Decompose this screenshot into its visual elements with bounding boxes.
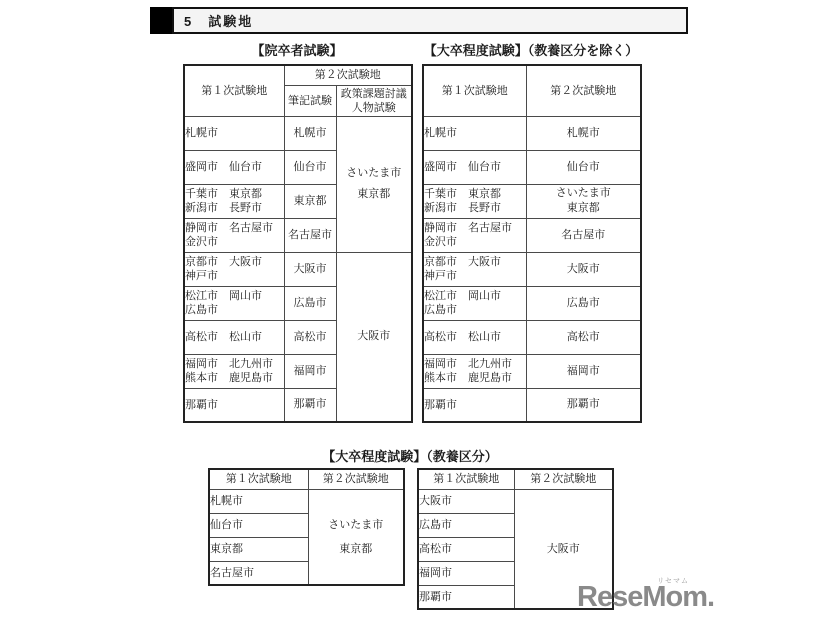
col-header-first-site: 第１次試験地 [209, 469, 308, 489]
first-site-cell: 高松市 [418, 537, 514, 561]
written-site-cell: 名古屋市 [284, 218, 336, 252]
table-row: 京都市 大阪市 神戸市 大阪市 [423, 252, 641, 286]
first-site-cell: 盛岡市 仙台市 [423, 150, 526, 184]
col-header-first-site: 第１次試験地 [418, 469, 514, 489]
col-header-written-exam: 筆記試験 [284, 85, 336, 116]
first-site-cell: 那覇市 [418, 585, 514, 609]
table-row: 静岡市 名古屋市 金沢市 名古屋市 [423, 218, 641, 252]
table-row: 盛岡市 仙台市 仙台市 [423, 150, 641, 184]
written-site-cell: 那覇市 [284, 388, 336, 422]
col-header-second-site-group: 第２次試験地 [284, 65, 412, 85]
daisotsu-table: 第１次試験地 第２次試験地 札幌市 札幌市 盛岡市 仙台市 仙台市 千葉市 東京… [422, 64, 642, 423]
first-site-cell: 那覇市 [423, 388, 526, 422]
first-site-cell: 福岡市 [418, 561, 514, 585]
first-site-cell: 東京都 [209, 537, 308, 561]
table-row: 札幌市 札幌市 [423, 116, 641, 150]
first-site-cell: 仙台市 [209, 513, 308, 537]
first-site-cell: 福岡市 北九州市 熊本市 鹿児島市 [423, 354, 526, 388]
table-row: 那覇市 那覇市 [423, 388, 641, 422]
written-site-cell: 仙台市 [284, 150, 336, 184]
section-header: 5 試験地 [150, 7, 688, 34]
resemom-logo: リセマム ReseMom. [577, 576, 707, 616]
table-row: 高松市 松山市 高松市 [423, 320, 641, 354]
first-site-cell: 名古屋市 [209, 561, 308, 585]
section-marker-square [150, 7, 172, 34]
first-site-cell: 松江市 岡山市 広島市 [423, 286, 526, 320]
second-site-cell: 高松市 [526, 320, 641, 354]
first-site-cell: 静岡市 名古屋市 金沢市 [423, 218, 526, 252]
table-row: 京都市 大阪市 神戸市 大阪市 大阪市 [184, 252, 412, 286]
second-site-cell: 札幌市 [526, 116, 641, 150]
policy-site-cell-south: 大阪市 [336, 252, 412, 422]
first-site-cell: 松江市 岡山市 広島市 [184, 286, 284, 320]
written-site-cell: 福岡市 [284, 354, 336, 388]
col-header-second-site: 第２次試験地 [514, 469, 613, 489]
table-row: 福岡市 北九州市 熊本市 鹿児島市 福岡市 [423, 354, 641, 388]
table-header-row: 第１次試験地 第２次試験地 [209, 469, 404, 489]
first-site-cell: 高松市 松山市 [423, 320, 526, 354]
first-site-cell: 高松市 松山市 [184, 320, 284, 354]
table-header-row: 第１次試験地 第２次試験地 [184, 65, 412, 85]
inzotsu-table: 第１次試験地 第２次試験地 筆記試験 政策課題討議 人物試験 札幌市 札幌市 さ… [183, 64, 413, 423]
inzotsu-table-title: 【院卒者試験】 [183, 40, 411, 59]
col-header-policy-exam: 政策課題討議 人物試験 [336, 85, 412, 116]
col-header-second-site: 第２次試験地 [526, 65, 641, 116]
kyoyo-section-title: 【大卒程度試験】（教養区分） [300, 446, 520, 465]
second-site-cell: 大阪市 [526, 252, 641, 286]
table-header-row: 第１次試験地 第２次試験地 [423, 65, 641, 116]
second-site-cell: さいたま市 東京都 [526, 184, 641, 218]
policy-site-cell-north: さいたま市 東京都 [336, 116, 412, 252]
written-site-cell: 大阪市 [284, 252, 336, 286]
second-site-cell: 広島市 [526, 286, 641, 320]
first-site-cell: 京都市 大阪市 神戸市 [423, 252, 526, 286]
written-site-cell: 高松市 [284, 320, 336, 354]
first-site-cell: 盛岡市 仙台市 [184, 150, 284, 184]
second-site-cell: 福岡市 [526, 354, 641, 388]
second-site-cell: 那覇市 [526, 388, 641, 422]
col-header-second-site: 第２次試験地 [308, 469, 404, 489]
col-header-first-site: 第１次試験地 [184, 65, 284, 116]
second-site-cell: 仙台市 [526, 150, 641, 184]
col-header-first-site: 第１次試験地 [423, 65, 526, 116]
table-row: 札幌市 札幌市 さいたま市 東京都 [184, 116, 412, 150]
resemom-logo-text: ReseMom. [577, 581, 714, 614]
written-site-cell: 広島市 [284, 286, 336, 320]
table-header-row: 第１次試験地 第２次試験地 [418, 469, 613, 489]
first-site-cell: 札幌市 [423, 116, 526, 150]
first-site-cell: 大阪市 [418, 489, 514, 513]
written-site-cell: 東京都 [284, 184, 336, 218]
second-site-cell: 名古屋市 [526, 218, 641, 252]
first-site-cell: 京都市 大阪市 神戸市 [184, 252, 284, 286]
first-site-cell: 那覇市 [184, 388, 284, 422]
table-row: 千葉市 東京都 新潟市 長野市 さいたま市 東京都 [423, 184, 641, 218]
written-site-cell: 札幌市 [284, 116, 336, 150]
first-site-cell: 札幌市 [209, 489, 308, 513]
daisotsu-table-title: 【大卒程度試験】（教養区分を除く） [392, 40, 670, 59]
table-row: 大阪市 大阪市 [418, 489, 613, 513]
first-site-cell: 福岡市 北九州市 熊本市 鹿児島市 [184, 354, 284, 388]
document-page: 5 試験地 【院卒者試験】 【大卒程度試験】（教養区分を除く） 第１次試験地 第… [0, 0, 826, 620]
first-site-cell: 札幌市 [184, 116, 284, 150]
first-site-cell: 千葉市 東京都 新潟市 長野市 [423, 184, 526, 218]
first-site-cell: 千葉市 東京都 新潟市 長野市 [184, 184, 284, 218]
second-site-merged-cell: さいたま市 東京都 [308, 489, 404, 585]
first-site-cell: 静岡市 名古屋市 金沢市 [184, 218, 284, 252]
first-site-cell: 広島市 [418, 513, 514, 537]
table-row: 松江市 岡山市 広島市 広島市 [423, 286, 641, 320]
table-row: 札幌市 さいたま市 東京都 [209, 489, 404, 513]
kyoyo-left-table: 第１次試験地 第２次試験地 札幌市 さいたま市 東京都 仙台市 東京都 名古屋市 [208, 468, 405, 586]
section-title: 5 試験地 [172, 7, 688, 34]
